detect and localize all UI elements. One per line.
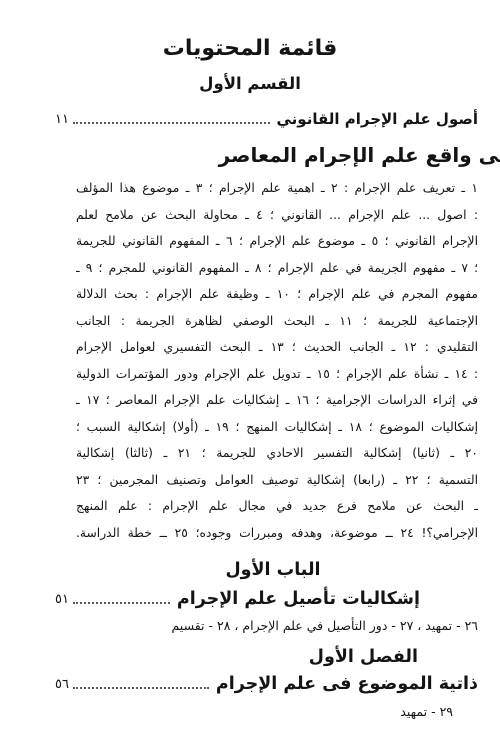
toc-entry-legal-criminology: أصول علم الإجرام القانوني ١١ — [22, 108, 478, 130]
part-one-subline: ٢٦ - تمهيد ، ٢٧ - دور التأصيل في علم الإ… — [22, 617, 478, 635]
paragraph-line: إشكاليات الموضوع ؛ ١٨ ـ إشكاليات المنهج … — [76, 414, 478, 441]
paragraph-line: ٢٠ ـ (ثانيا) إشكالية التفسير الاحادي للج… — [76, 440, 478, 467]
paragraph-line: : ١٤ ـ نشأة علم الإجرام ؛ ١٥ ـ تدويل علم… — [76, 361, 478, 388]
toc-entry-title: إشكاليات تأصيل علم الإجرام — [177, 588, 420, 610]
paragraph-line: ١ ـ تعريف علم الإجرام : ٢ ـ اهمية علم ال… — [76, 175, 478, 202]
toc-entry-title: ذاتية الموضوع فى علم الإجرام — [216, 673, 478, 695]
toc-entry-page-number: ٥٦ — [55, 675, 69, 695]
paragraph-line: في إثراء الدراسات الإجرامية ؛ ١٦ ـ إشكال… — [76, 387, 478, 414]
paragraph-line: ـ البحث عن ملامح فرع جديد في مجال علم ال… — [76, 493, 478, 520]
toc-summary-paragraph: ١ ـ تعريف علم الإجرام : ٢ ـ اهمية علم ال… — [76, 175, 478, 546]
paragraph-line: : اصول ... علم الإجرام ... القانوني ؛ ٤ … — [76, 202, 478, 229]
paragraph-line: التقليدي : ١٢ ـ الجانب الحديث ؛ ١٣ ـ الب… — [76, 334, 478, 361]
toc-entry-page-number: ٥١ — [55, 590, 69, 610]
toc-entry-page-number: ١١ — [55, 110, 69, 130]
section-one-heading: القسم الأول — [22, 72, 478, 95]
toc-entry-founding-problems: إشكاليات تأصيل علم الإجرام ٥١ — [22, 588, 478, 610]
paragraph-line: الإجتماعية للجريمة ؛ ١١ ـ البحث الوصفي ل… — [76, 308, 478, 335]
toc-page: قائمة المحتويات القسم الأول أصول علم الإ… — [0, 0, 500, 721]
subsection-heading-contemporary-criminology: فى واقع علم الإجرام المعاصر — [22, 142, 500, 168]
paragraph-line: مفهوم المجرم في علم الإجرام ؛ ١٠ ـ وظيفة… — [76, 281, 478, 308]
paragraph-line: الإجرامي؟! ٢٤ ــ موضوعة، وهدفه ومبررات و… — [76, 520, 478, 547]
dotted-leader — [73, 602, 170, 604]
part-one-heading: الباب الأول — [22, 558, 478, 582]
dotted-leader — [73, 687, 209, 689]
paragraph-line: التسمية ؛ ٢٢ ـ (رابعا) إشكالية توصيف الع… — [76, 467, 478, 494]
paragraph-line: الإجرام القانوني ؛ ٥ ـ موضوع علم الإجرام… — [76, 228, 478, 255]
toc-entry-title: أصول علم الإجرام القانوني — [277, 108, 479, 130]
chapter-one-subline: ٢٩ - تمهيد — [22, 703, 453, 721]
toc-entry-subject-identity: ذاتية الموضوع فى علم الإجرام ٥٦ — [22, 673, 478, 695]
dotted-leader — [73, 122, 270, 124]
chapter-one-heading: الفصل الأول — [22, 645, 418, 669]
page-title: قائمة المحتويات — [22, 34, 478, 64]
paragraph-line: ؛ ٧ ـ مفهوم الجريمة في علم الإجرام ؛ ٨ ـ… — [76, 255, 478, 282]
